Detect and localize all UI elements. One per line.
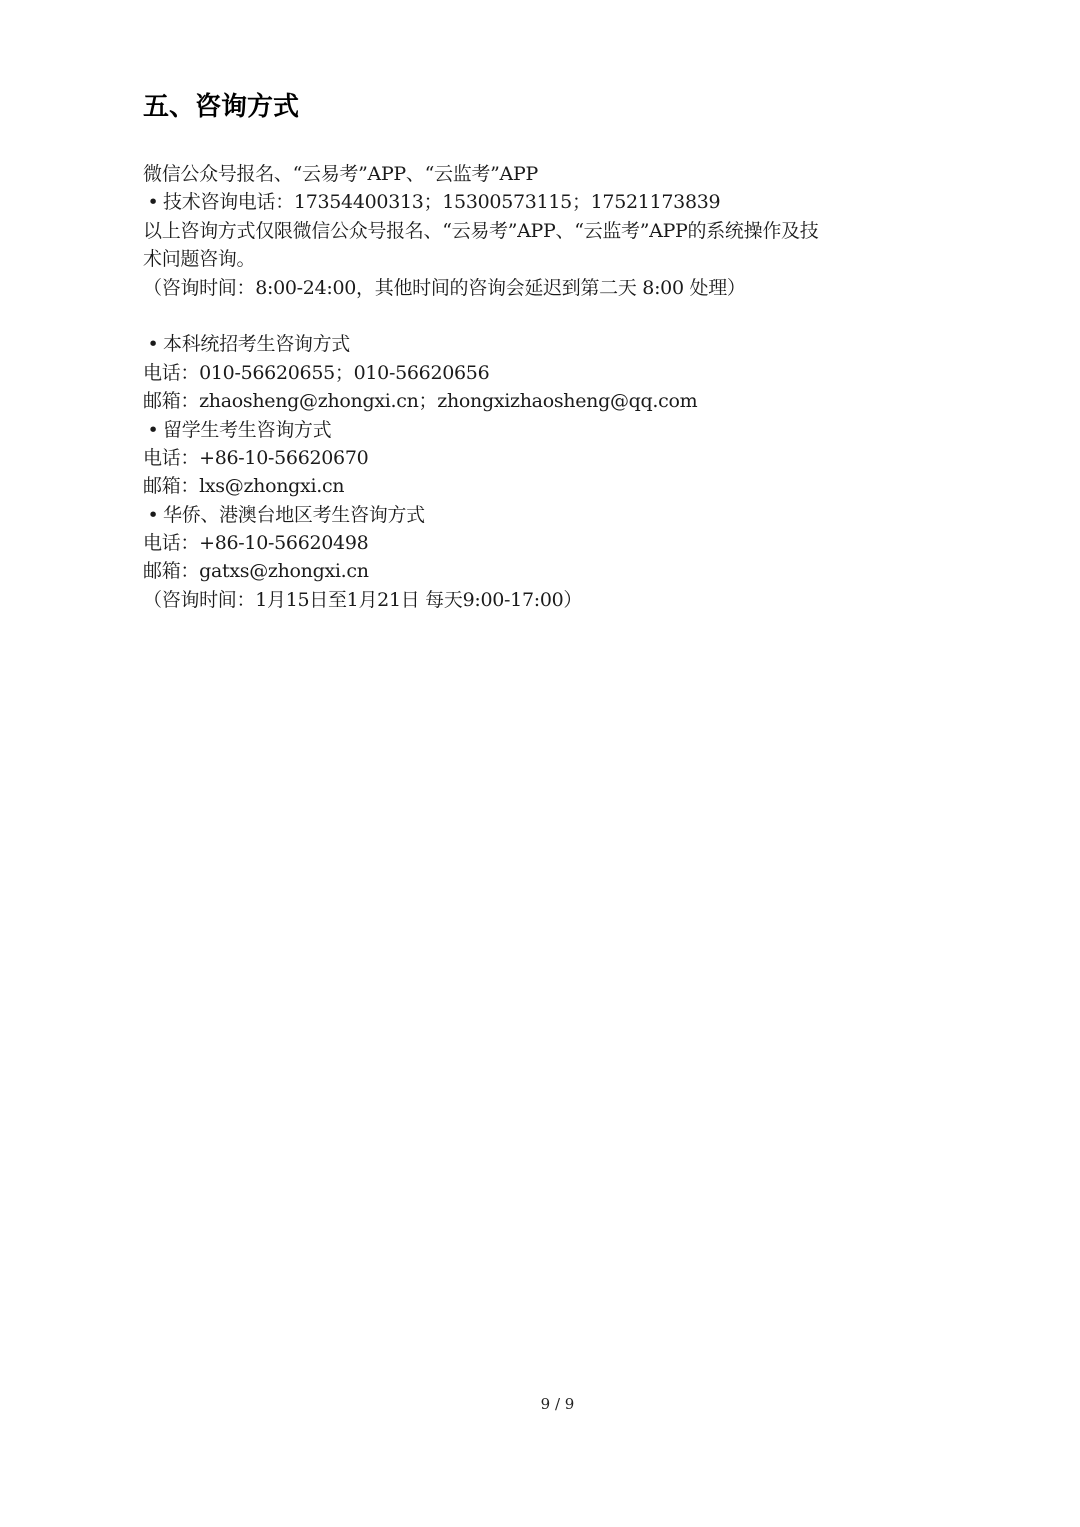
contact-title-text: 留学生考生咨询方式 <box>163 419 331 441</box>
tech-channels-text: 微信公众号报名、“云易考”APP、“云监考”APP <box>143 160 958 188</box>
section-body: 微信公众号报名、“云易考”APP、“云监考”APP •技术咨询电话：173544… <box>143 160 958 614</box>
bullet-icon: • <box>143 501 163 529</box>
bullet-icon: • <box>143 416 163 444</box>
tech-phone-line: •技术咨询电话：17354400313；15300573115；17521173… <box>143 188 958 216</box>
tech-scope-text-2: 术问题咨询。 <box>143 245 958 273</box>
section-heading: 五、咨询方式 <box>143 88 299 126</box>
contact-title-intl: •留学生考生咨询方式 <box>143 416 958 444</box>
contact-title-text: 本科统招考生咨询方式 <box>163 333 350 355</box>
tech-phone-text: 技术咨询电话：17354400313；15300573115；175211738… <box>163 191 720 213</box>
contact-title-overseas: •华侨、港澳台地区考生咨询方式 <box>143 501 958 529</box>
contact-phone-overseas: 电话：+86-10-56620498 <box>143 529 958 557</box>
tech-hours-text: （咨询时间：8:00-24:00，其他时间的咨询会延迟到第二天 8:00 处理） <box>143 274 958 302</box>
contact-title-text: 华侨、港澳台地区考生咨询方式 <box>163 504 425 526</box>
contact-title-undergrad: •本科统招考生咨询方式 <box>143 330 958 358</box>
tech-scope-text-1: 以上咨询方式仅限微信公众号报名、“云易考”APP、“云监考”APP的系统操作及技 <box>143 217 958 245</box>
document-page: 五、咨询方式 微信公众号报名、“云易考”APP、“云监考”APP •技术咨询电话… <box>0 0 1080 1527</box>
contact-email-undergrad: 邮箱：zhaosheng@zhongxi.cn；zhongxizhaosheng… <box>143 387 958 415</box>
contact-email-intl: 邮箱：lxs@zhongxi.cn <box>143 472 958 500</box>
spacer <box>143 302 958 330</box>
contact-hours-text: （咨询时间：1月15日至1月21日 每天9:00-17:00） <box>143 586 958 614</box>
contact-phone-intl: 电话：+86-10-56620670 <box>143 444 958 472</box>
bullet-icon: • <box>143 330 163 358</box>
contact-phone-undergrad: 电话：010-56620655；010-56620656 <box>143 359 958 387</box>
page-number: 9 / 9 <box>0 1395 1080 1413</box>
bullet-icon: • <box>143 188 163 216</box>
contact-email-overseas: 邮箱：gatxs@zhongxi.cn <box>143 557 958 585</box>
